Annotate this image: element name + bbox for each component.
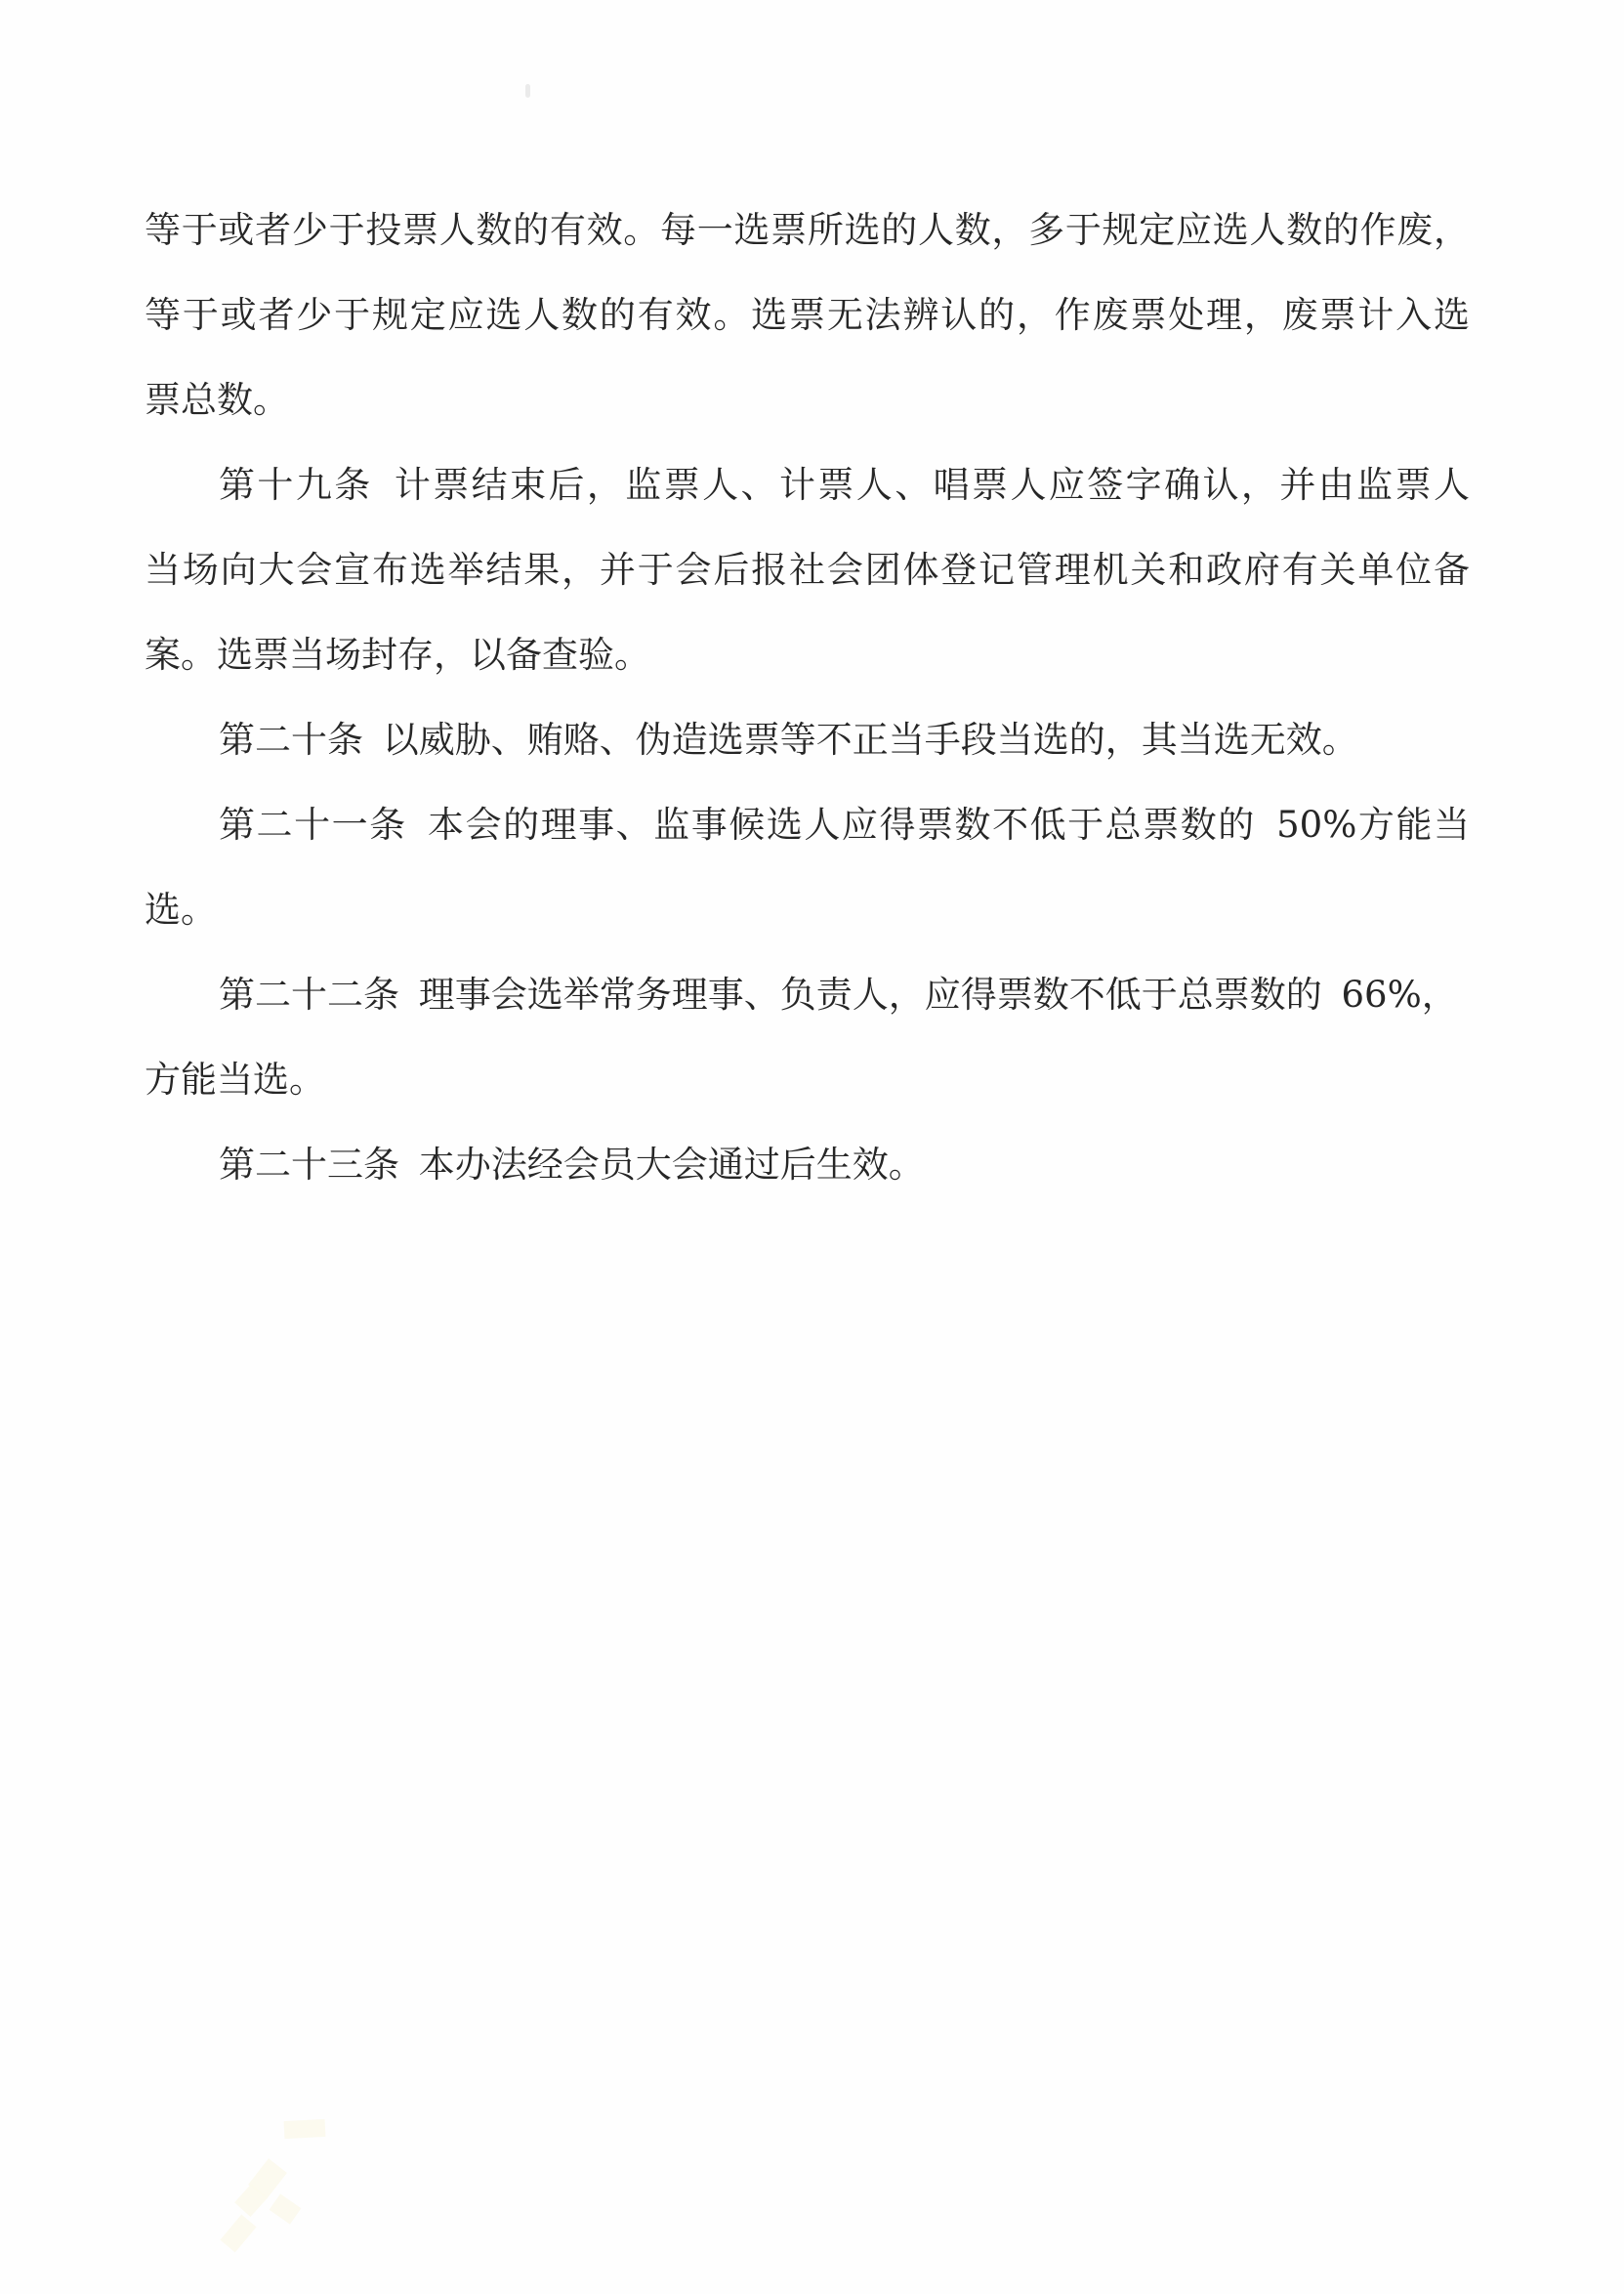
text-line: 第二十二条 理事会选举常务理事、负责人，应得票数不低于总票数的 66%， — [145, 952, 1470, 1037]
text-line: 选。 — [145, 867, 1470, 952]
scan-speck — [525, 84, 530, 98]
document-body: 等于或者少于投票人数的有效。每一选票所选的人数，多于规定应选人数的作废，等于或者… — [145, 188, 1470, 1207]
document-page: 等于或者少于投票人数的有效。每一选票所选的人数，多于规定应选人数的作废，等于或者… — [0, 0, 1624, 2294]
text-line: 案。选票当场封存，以备查验。 — [145, 612, 1470, 697]
scan-artifact — [270, 2193, 302, 2224]
text-line: 方能当选。 — [145, 1037, 1470, 1122]
text-line: 第二十一条 本会的理事、监事候选人应得票数不低于总票数的 50%方能当 — [145, 782, 1470, 867]
text-line: 第十九条 计票结束后，监票人、计票人、唱票人应签字确认，并由监票人 — [145, 442, 1470, 527]
text-line: 第二十条 以威胁、贿赂、伪造选票等不正当手段当选的，其当选无效。 — [145, 697, 1470, 782]
text-line: 等于或者少于投票人数的有效。每一选票所选的人数，多于规定应选人数的作废， — [145, 188, 1470, 272]
text-line: 票总数。 — [145, 357, 1470, 442]
scan-artifact — [284, 2119, 326, 2139]
scan-artifact — [220, 2215, 256, 2253]
text-line: 等于或者少于规定应选人数的有效。选票无法辨认的，作废票处理，废票计入选 — [145, 272, 1470, 357]
text-line: 当场向大会宣布选举结果，并于会后报社会团体登记管理机关和政府有关单位备 — [145, 527, 1470, 612]
text-line: 第二十三条 本办法经会员大会通过后生效。 — [145, 1122, 1470, 1207]
